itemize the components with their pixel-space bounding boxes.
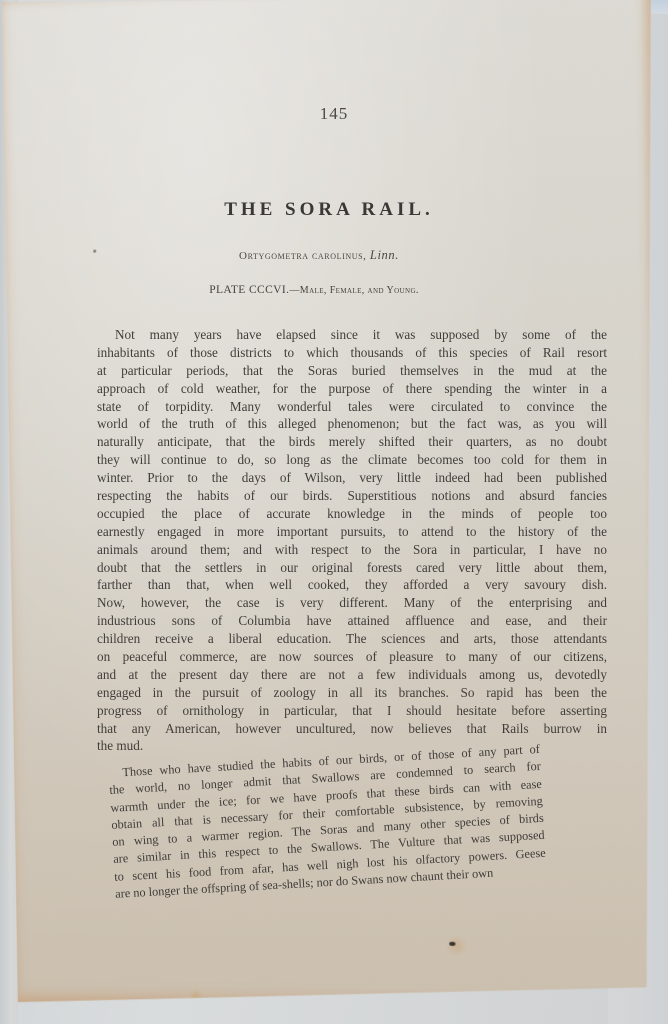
text-line: that any American, however uncultured, n… [97, 720, 607, 738]
text-line: winter. Prior to the days of Wilson, ver… [97, 469, 607, 487]
text-line: respecting the habits of our birds. Supe… [97, 487, 607, 505]
text-line: on peaceful commerce, are now sources of… [97, 648, 607, 666]
paragraph-2: Those who have studied the habits of our… [108, 741, 547, 903]
text-line: naturally anticipate, that the birds mer… [97, 433, 607, 451]
scientific-name: Ortygometra carolinus, Linn. [0, 248, 638, 263]
paper-stain [189, 989, 203, 1003]
text-line: approach of cold weather, for the purpos… [97, 380, 607, 398]
text-line: children receive a liberal education. Th… [97, 630, 607, 648]
text-line: at particular periods, that the Soras bu… [97, 362, 607, 380]
text-line: world of the truth of this alleged pheno… [97, 415, 607, 433]
text-line: animals around them; and with respect to… [97, 541, 607, 559]
text-line: progress of ornithology in particular, t… [97, 702, 607, 720]
paper-stain [445, 935, 468, 958]
text-line: state of torpidity. Many wonderful tales… [97, 398, 607, 416]
plate-caption: PLATE CCCVI.—Male, Female, and Young. [0, 284, 628, 296]
text-line: they will continue to do, so long as the… [97, 451, 607, 469]
page-title: THE SORA RAIL. [0, 199, 658, 221]
plate-label: PLATE CCCVI. [209, 284, 289, 296]
text-line: Not many years have elapsed since it was… [97, 326, 607, 344]
text-line: farther than that, when well cooked, the… [97, 576, 607, 594]
page-number: 145 [0, 104, 668, 124]
text-line: occupied the place of accurate knowledge… [97, 505, 607, 523]
scientific-name-authority: Linn. [370, 248, 399, 262]
paragraph-1: Not many years have elapsed since it was… [97, 326, 607, 755]
text-line: engaged in the pursuit of zoology in all… [97, 684, 607, 702]
text-line: earnestly engaged in more important purs… [97, 523, 607, 541]
ink-speck [449, 942, 455, 946]
text-line: industrious sons of Columbia have attain… [97, 612, 607, 630]
scientific-name-text: Ortygometra carolinus, [239, 250, 367, 262]
text-line: doubt that the settlers in our original … [97, 559, 607, 577]
plate-subtitle: —Male, Female, and Young. [289, 285, 418, 296]
text-line: and at the present day there are not a f… [97, 666, 607, 684]
text-line: inhabitants of those districts to which … [97, 344, 607, 362]
text-line: Now, however, the case is very different… [97, 594, 607, 612]
